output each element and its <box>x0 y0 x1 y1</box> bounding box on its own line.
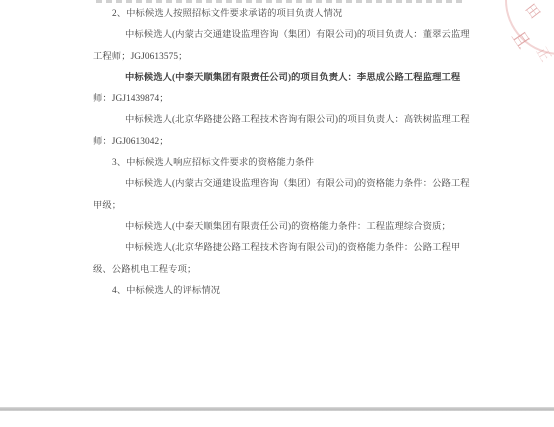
document-line: 级、公路机电工程专项； <box>93 260 493 281</box>
seal-ring-icon <box>505 0 554 55</box>
document-line: 师：JGJ1439874； <box>93 89 493 110</box>
document-line: 中标候选人(北京华路捷公路工程技术咨询有限公司)的项目负责人：高铁树监理工程 <box>93 110 493 131</box>
page-bottom-separator <box>0 407 554 411</box>
document-line: 中标候选人(内蒙古交通建设监理咨询（集团）有限公司)的资格能力条件：公路工程 <box>93 174 493 195</box>
document-line: 工程师；JGJ0613575； <box>93 47 493 68</box>
seal-character-icon: 且 <box>507 24 537 52</box>
document-page: 2、中标候选人按照招标文件要求承诺的项目负责人情况中标候选人(内蒙古交通建设监理… <box>0 0 554 427</box>
document-line: 中标候选人(北京华路捷公路工程技术咨询有限公司)的资格能力条件：公路工程甲 <box>93 238 493 259</box>
document-line: 中标候选人(内蒙古交通建设监理咨询（集团）有限公司)的项目负责人：董翠云监理 <box>93 25 493 46</box>
document-line: 甲级； <box>93 196 493 217</box>
document-line: 中标候选人(中泰天顺集团有限责任公司)的项目负责人：李思成公路工程监理工程 <box>93 68 493 89</box>
seal-character-icon: 田 <box>521 0 545 23</box>
document-line: 2、中标候选人按照招标文件要求承诺的项目负责人情况 <box>93 4 493 25</box>
seal-character-icon: 正 <box>532 43 554 65</box>
document-text-block: 2、中标候选人按照招标文件要求承诺的项目负责人情况中标候选人(内蒙古交通建设监理… <box>93 4 493 302</box>
document-line: 中标候选人(中泰天顺集团有限责任公司)的资格能力条件：工程监理综合资质； <box>93 217 493 238</box>
document-line: 师：JGJ0613042； <box>93 132 493 153</box>
document-line: 3、中标候选人响应招标文件要求的资格能力条件 <box>93 153 493 174</box>
clipped-previous-line <box>96 0 466 3</box>
document-line: 4、中标候选人的评标情况 <box>93 281 493 302</box>
